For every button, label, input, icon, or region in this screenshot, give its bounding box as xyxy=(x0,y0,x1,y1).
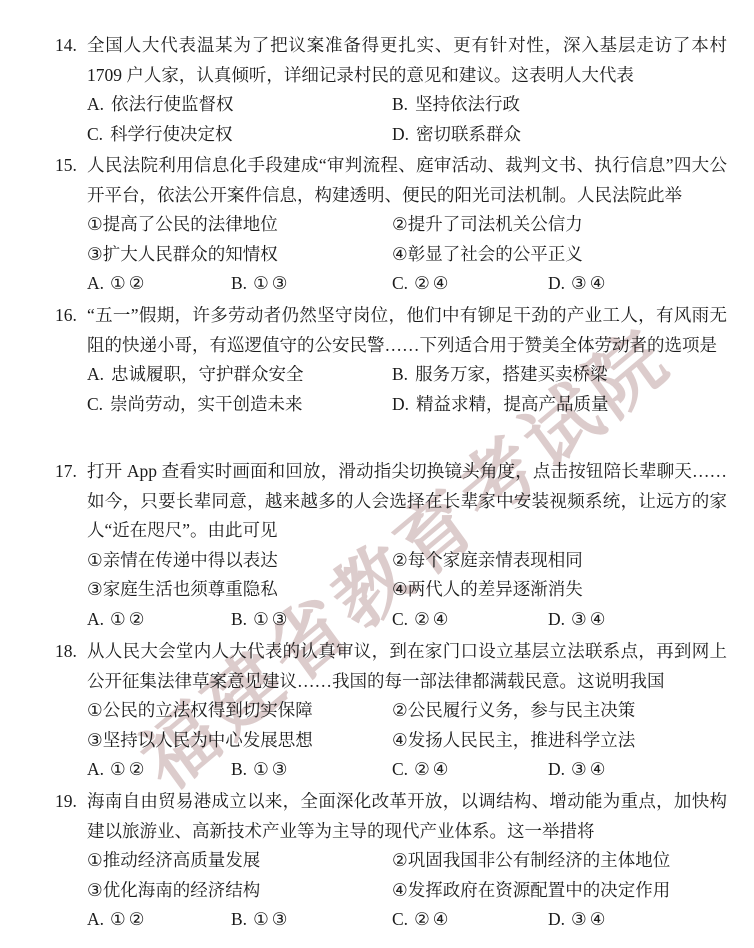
answer-label: B. xyxy=(231,759,247,779)
answer-c: C.②④ xyxy=(392,605,451,635)
option-c: C.科学行使决定权 xyxy=(87,120,233,150)
statement-2: ②巩固我国非公有制经济的主体地位 xyxy=(392,846,670,876)
statement-row: ①推动经济高质量发展 ②巩固我国非公有制经济的主体地位 xyxy=(87,846,727,876)
answer-b: B.①③ xyxy=(231,269,290,299)
statement-2: ②提升了司法机关公信力 xyxy=(392,210,583,240)
answer-d: D.③④ xyxy=(548,905,608,935)
option-label: A. xyxy=(87,94,104,114)
statement-num: ④ xyxy=(392,880,408,900)
answer-c: C.②④ xyxy=(392,269,451,299)
answer-label: A. xyxy=(87,609,104,629)
question-block-17: 17. 打开 App 查看实时画面和回放，滑动指尖切换镜头角度，点击按钮陪长辈聊… xyxy=(87,457,727,635)
option-row: C.崇尚劳动，实干创造未来 D.精益求精，提高产品质量 xyxy=(87,390,727,420)
answer-combo: ①③ xyxy=(253,609,290,629)
answer-d: D.③④ xyxy=(548,605,608,635)
exam-content: 14. 全国人大代表温某为了把议案准备得更扎实、更有针对性，深入基层走访了本村 … xyxy=(0,0,754,948)
answer-row: A.①② B.①③ C.②④ D.③④ xyxy=(87,269,727,299)
question-number: 19. xyxy=(55,787,77,817)
answer-a: A.①② xyxy=(87,269,147,299)
statement-text: 坚持以人民为中心发展思想 xyxy=(103,730,313,750)
answer-label: D. xyxy=(548,273,565,293)
statement-text: 优化海南的经济结构 xyxy=(103,880,261,900)
option-text: 服务万家，搭建买卖桥梁 xyxy=(415,364,608,384)
statement-text: 彰显了社会的公平正义 xyxy=(408,244,583,264)
option-row: A.忠诚履职，守护群众安全 B.服务万家，搭建买卖桥梁 xyxy=(87,360,727,390)
answer-combo: ③④ xyxy=(571,759,608,779)
statement-row: ①公民的立法权得到切实保障 ②公民履行义务，参与民主决策 xyxy=(87,696,727,726)
statement-text: 家庭生活也须尊重隐私 xyxy=(103,579,278,599)
statement-3: ③家庭生活也须尊重隐私 xyxy=(87,575,278,605)
answer-combo: ③④ xyxy=(571,273,608,293)
answer-d: D.③④ xyxy=(548,755,608,785)
answer-label: B. xyxy=(231,909,247,929)
statement-row: ③优化海南的经济结构 ④发挥政府在资源配置中的决定作用 xyxy=(87,876,727,906)
statement-num: ③ xyxy=(87,579,103,599)
answer-row: A.①② B.①③ C.②④ D.③④ xyxy=(87,905,727,935)
statement-num: ① xyxy=(87,550,103,570)
statement-num: ② xyxy=(392,850,408,870)
option-text: 依法行使监督权 xyxy=(111,94,234,114)
statement-3: ③优化海南的经济结构 xyxy=(87,876,260,906)
statement-text: 公民履行义务，参与民主决策 xyxy=(408,700,636,720)
statement-text: 两代人的差异逐渐消失 xyxy=(408,579,583,599)
answer-combo: ②④ xyxy=(414,609,451,629)
answer-label: C. xyxy=(392,759,408,779)
question-number: 18. xyxy=(55,637,77,667)
statement-num: ① xyxy=(87,214,103,234)
option-text: 崇尚劳动，实干创造未来 xyxy=(110,394,303,414)
statement-text: 扩大人民群众的知情权 xyxy=(103,244,278,264)
statement-row: ①提高了公民的法律地位 ②提升了司法机关公信力 xyxy=(87,210,727,240)
option-label: C. xyxy=(87,394,103,414)
question-block-16: 16. “五一”假期，许多劳动者仍然坚守岗位，他们中有铆足干劲的产业工人，有风雨… xyxy=(87,301,727,419)
answer-label: B. xyxy=(231,609,247,629)
option-row: C.科学行使决定权 D.密切联系群众 xyxy=(87,120,727,150)
answer-row: A.①② B.①③ C.②④ D.③④ xyxy=(87,755,727,785)
statement-text: 亲情在传递中得以表达 xyxy=(103,550,278,570)
question-stem: 从人民大会堂内人大代表的认真审议，到在家门口设立基层立法联系点，再到网上公开征集… xyxy=(87,637,727,696)
option-label: D. xyxy=(392,394,409,414)
statement-4: ④两代人的差异逐渐消失 xyxy=(392,575,583,605)
answer-label: A. xyxy=(87,759,104,779)
statement-row: ③扩大人民群众的知情权 ④彰显了社会的公平正义 xyxy=(87,240,727,270)
statement-1: ①公民的立法权得到切实保障 xyxy=(87,696,313,726)
statement-num: ① xyxy=(87,700,103,720)
answer-label: B. xyxy=(231,273,247,293)
exam-paper-page: 福建省教育考试院 14. 全国人大代表温某为了把议案准备得更扎实、更有针对性，深… xyxy=(0,0,754,948)
option-b: B.服务万家，搭建买卖桥梁 xyxy=(392,360,608,390)
statement-num: ③ xyxy=(87,730,103,750)
answer-label: D. xyxy=(548,759,565,779)
question-stem: 全国人大代表温某为了把议案准备得更扎实、更有针对性，深入基层走访了本村 1709… xyxy=(87,31,727,90)
statement-num: ② xyxy=(392,214,408,234)
option-d: D.密切联系群众 xyxy=(392,120,521,150)
answer-label: C. xyxy=(392,273,408,293)
statement-4: ④发扬人民民主，推进科学立法 xyxy=(392,726,635,756)
statement-text: 提高了公民的法律地位 xyxy=(103,214,278,234)
question-stem: 海南自由贸易港成立以来，全面深化改革开放，以调结构、增动能为重点，加快构建以旅游… xyxy=(87,787,727,846)
statement-3: ③扩大人民群众的知情权 xyxy=(87,240,278,270)
option-d: D.精益求精，提高产品质量 xyxy=(392,390,609,420)
answer-combo: ①③ xyxy=(253,273,290,293)
statement-row: ①亲情在传递中得以表达 ②每个家庭亲情表现相同 xyxy=(87,546,727,576)
answer-combo: ①② xyxy=(110,909,147,929)
answer-b: B.①③ xyxy=(231,905,290,935)
statement-row: ③家庭生活也须尊重隐私 ④两代人的差异逐渐消失 xyxy=(87,575,727,605)
answer-b: B.①③ xyxy=(231,605,290,635)
statement-4: ④彰显了社会的公平正义 xyxy=(392,240,583,270)
statement-num: ② xyxy=(392,700,408,720)
answer-combo: ①② xyxy=(110,609,147,629)
option-a: A.依法行使监督权 xyxy=(87,90,234,120)
answer-combo: ①② xyxy=(110,273,147,293)
statement-text: 公民的立法权得到切实保障 xyxy=(103,700,313,720)
option-text: 科学行使决定权 xyxy=(110,124,233,144)
answer-a: A.①② xyxy=(87,905,147,935)
question-number: 17. xyxy=(55,457,77,487)
statement-text: 发扬人民民主，推进科学立法 xyxy=(408,730,636,750)
statement-1: ①亲情在传递中得以表达 xyxy=(87,546,278,576)
statement-num: ③ xyxy=(87,880,103,900)
answer-label: C. xyxy=(392,909,408,929)
option-label: D. xyxy=(392,124,409,144)
question-block-19: 19. 海南自由贸易港成立以来，全面深化改革开放，以调结构、增动能为重点，加快构… xyxy=(87,787,727,935)
statement-num: ③ xyxy=(87,244,103,264)
answer-a: A.①② xyxy=(87,755,147,785)
question-number: 16. xyxy=(55,301,77,331)
statement-1: ①提高了公民的法律地位 xyxy=(87,210,278,240)
answer-label: A. xyxy=(87,909,104,929)
statement-row: ③坚持以人民为中心发展思想 ④发扬人民民主，推进科学立法 xyxy=(87,726,727,756)
question-number: 15. xyxy=(55,151,77,181)
answer-b: B.①③ xyxy=(231,755,290,785)
option-label: A. xyxy=(87,364,104,384)
answer-combo: ③④ xyxy=(571,909,608,929)
answer-combo: ②④ xyxy=(414,909,451,929)
option-row: A.依法行使监督权 B.坚持依法行政 xyxy=(87,90,727,120)
answer-d: D.③④ xyxy=(548,269,608,299)
question-block-14: 14. 全国人大代表温某为了把议案准备得更扎实、更有针对性，深入基层走访了本村 … xyxy=(87,31,727,149)
answer-combo: ②④ xyxy=(414,273,451,293)
statement-text: 发挥政府在资源配置中的决定作用 xyxy=(408,880,671,900)
answer-combo: ①③ xyxy=(253,759,290,779)
answer-label: D. xyxy=(548,609,565,629)
option-label: B. xyxy=(392,364,408,384)
statement-text: 提升了司法机关公信力 xyxy=(408,214,583,234)
option-text: 精益求精，提高产品质量 xyxy=(416,394,609,414)
answer-c: C.②④ xyxy=(392,905,451,935)
answer-c: C.②④ xyxy=(392,755,451,785)
statement-num: ④ xyxy=(392,579,408,599)
question-number: 14. xyxy=(55,31,77,61)
statement-text: 推动经济高质量发展 xyxy=(103,850,261,870)
answer-combo: ①② xyxy=(110,759,147,779)
answer-a: A.①② xyxy=(87,605,147,635)
question-stem: 打开 App 查看实时画面和回放，滑动指尖切换镜头角度，点击按钮陪长辈聊天……如… xyxy=(87,457,727,546)
answer-label: A. xyxy=(87,273,104,293)
statement-num: ④ xyxy=(392,244,408,264)
answer-row: A.①② B.①③ C.②④ D.③④ xyxy=(87,605,727,635)
option-text: 坚持依法行政 xyxy=(415,94,520,114)
answer-label: C. xyxy=(392,609,408,629)
answer-combo: ③④ xyxy=(571,609,608,629)
option-label: C. xyxy=(87,124,103,144)
question-stem: 人民法院利用信息化手段建成“审判流程、庭审活动、裁判文书、执行信息”四大公开平台… xyxy=(87,151,727,210)
statement-3: ③坚持以人民为中心发展思想 xyxy=(87,726,313,756)
option-b: B.坚持依法行政 xyxy=(392,90,520,120)
question-block-18: 18. 从人民大会堂内人大代表的认真审议，到在家门口设立基层立法联系点，再到网上… xyxy=(87,637,727,785)
statement-num: ① xyxy=(87,850,103,870)
statement-2: ②公民履行义务，参与民主决策 xyxy=(392,696,635,726)
answer-combo: ①③ xyxy=(253,909,290,929)
option-c: C.崇尚劳动，实干创造未来 xyxy=(87,390,303,420)
answer-combo: ②④ xyxy=(414,759,451,779)
statement-num: ④ xyxy=(392,730,408,750)
option-label: B. xyxy=(392,94,408,114)
statement-text: 巩固我国非公有制经济的主体地位 xyxy=(408,850,671,870)
statement-4: ④发挥政府在资源配置中的决定作用 xyxy=(392,876,670,906)
answer-label: D. xyxy=(548,909,565,929)
statement-1: ①推动经济高质量发展 xyxy=(87,846,260,876)
option-text: 密切联系群众 xyxy=(416,124,521,144)
statement-2: ②每个家庭亲情表现相同 xyxy=(392,546,583,576)
question-stem: “五一”假期，许多劳动者仍然坚守岗位，他们中有铆足干劲的产业工人，有风雨无阻的快… xyxy=(87,301,727,360)
option-text: 忠诚履职，守护群众安全 xyxy=(111,364,304,384)
statement-num: ② xyxy=(392,550,408,570)
option-a: A.忠诚履职，守护群众安全 xyxy=(87,360,304,390)
question-block-15: 15. 人民法院利用信息化手段建成“审判流程、庭审活动、裁判文书、执行信息”四大… xyxy=(87,151,727,299)
statement-text: 每个家庭亲情表现相同 xyxy=(408,550,583,570)
